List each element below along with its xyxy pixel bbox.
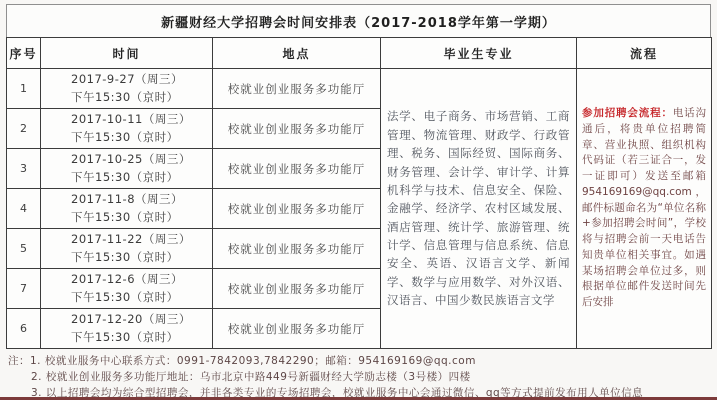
footnotes: 注： 1. 校就业服务中心联系方式：0991-7842093,7842290；邮… (6, 354, 711, 400)
row-time: 2017-10-25（周三） 下午15:30（京时） (41, 149, 213, 189)
row-date: 2017-11-22（周三） (71, 231, 212, 249)
footnote-prefix: 注： (8, 354, 30, 370)
row-date: 2017-12-6（周三） (71, 271, 212, 289)
row-hour: 下午15:30（京时） (71, 289, 212, 307)
row-time: 2017-11-22（周三） 下午15:30（京时） (41, 229, 213, 269)
row-time: 2017-9-27（周三） 下午15:30（京时） (41, 69, 213, 109)
header-majors: 毕业生专业 (381, 38, 577, 69)
row-location: 校就业创业服务多功能厅 (213, 109, 381, 149)
row-date: 2017-10-25（周三） (71, 151, 212, 169)
row-date: 2017-11-8（周三） (71, 191, 212, 209)
row-hour: 下午15:30（京时） (71, 89, 212, 107)
row-location: 校就业创业服务多功能厅 (213, 269, 381, 309)
row-no: 4 (7, 189, 41, 229)
recruitment-schedule-table: 序号 时间 地点 毕业生专业 流程 1 2017-9-27（周三） 下午15:3… (6, 37, 712, 349)
process-cell: 参加招聘会流程：电话沟通后，将贵单位招聘简章、营业执照、组织机构代码证（若三证合… (577, 69, 712, 349)
footnote-line: 2. 校就业创业服务多功能厅地址：乌市北京中路449号新疆财经大学励志楼（3号楼… (8, 370, 711, 386)
row-no: 1 (7, 69, 41, 109)
row-location: 校就业创业服务多功能厅 (213, 309, 381, 349)
header-process: 流程 (577, 38, 712, 69)
header-location: 地点 (213, 38, 381, 69)
footnote-item: 2. 校就业创业服务多功能厅地址：乌市北京中路449号新疆财经大学励志楼（3号楼… (31, 370, 471, 386)
row-no: 5 (7, 229, 41, 269)
row-time: 2017-10-11（周三） 下午15:30（京时） (41, 109, 213, 149)
table-header-row: 序号 时间 地点 毕业生专业 流程 (7, 38, 712, 69)
header-no: 序号 (7, 38, 41, 69)
row-hour: 下午15:30（京时） (71, 169, 212, 187)
row-no: 7 (7, 269, 41, 309)
schedule-page: 新疆财经大学招聘会时间安排表（2017-2018学年第一学期） 序号 时间 地点… (0, 0, 717, 400)
footnote-item: 1. 校就业服务中心联系方式：0991-7842093,7842290；邮箱：9… (30, 354, 476, 370)
row-location: 校就业创业服务多功能厅 (213, 189, 381, 229)
row-no: 2 (7, 109, 41, 149)
row-location: 校就业创业服务多功能厅 (213, 229, 381, 269)
row-location: 校就业创业服务多功能厅 (213, 149, 381, 189)
row-date: 2017-10-11（周三） (71, 111, 212, 129)
row-hour: 下午15:30（京时） (71, 129, 212, 147)
row-hour: 下午15:30（京时） (71, 329, 212, 347)
footnote-line: 注： 1. 校就业服务中心联系方式：0991-7842093,7842290；邮… (8, 354, 711, 370)
page-title: 新疆财经大学招聘会时间安排表（2017-2018学年第一学期） (6, 4, 711, 37)
process-heading: 参加招聘会流程： (582, 107, 673, 119)
row-date: 2017-12-20（周三） (71, 311, 212, 329)
row-no: 3 (7, 149, 41, 189)
header-time: 时间 (41, 38, 213, 69)
process-body: 电话沟通后，将贵单位招聘简章、营业执照、组织机构代码证（若三证合一，发一证即可）… (582, 107, 706, 308)
row-time: 2017-11-8（周三） 下午15:30（京时） (41, 189, 213, 229)
majors-cell: 法学、电子商务、市场营销、工商管理、物流管理、财政学、行政管理、税务、国际经贸、… (381, 69, 577, 349)
row-date: 2017-9-27（周三） (71, 71, 212, 89)
row-time: 2017-12-6（周三） 下午15:30（京时） (41, 269, 213, 309)
table-row: 1 2017-9-27（周三） 下午15:30（京时） 校就业创业服务多功能厅 … (7, 69, 712, 109)
row-hour: 下午15:30（京时） (71, 209, 212, 227)
row-no: 6 (7, 309, 41, 349)
row-hour: 下午15:30（京时） (71, 249, 212, 267)
row-location: 校就业创业服务多功能厅 (213, 69, 381, 109)
row-time: 2017-12-20（周三） 下午15:30（京时） (41, 309, 213, 349)
